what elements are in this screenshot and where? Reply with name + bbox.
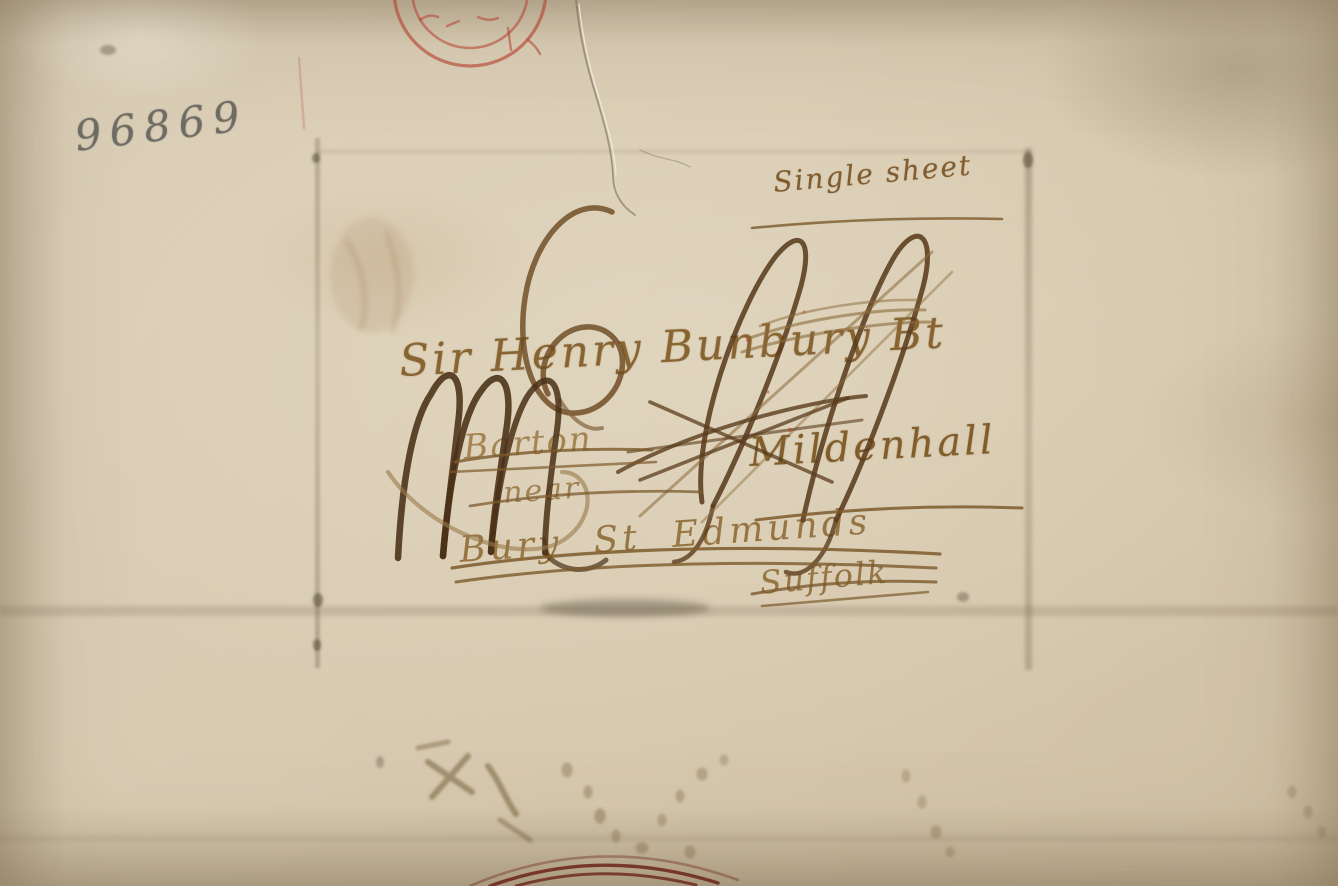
ink-marks-overlay bbox=[0, 0, 1338, 886]
ink-offset-ghost bbox=[330, 217, 414, 333]
franking-scribble bbox=[618, 236, 952, 573]
red-specks bbox=[746, 310, 806, 463]
ink-smudges bbox=[418, 742, 1326, 858]
tear-line bbox=[576, 0, 690, 215]
numeral-scribble bbox=[523, 208, 623, 429]
postmark-top-red-icon bbox=[299, 0, 546, 128]
postmark-bottom-red-icon bbox=[470, 856, 738, 886]
letter-scan: 96869 Single sheet Sir Henry Bunbury Bt … bbox=[0, 0, 1338, 886]
initials-scribble bbox=[388, 375, 606, 569]
